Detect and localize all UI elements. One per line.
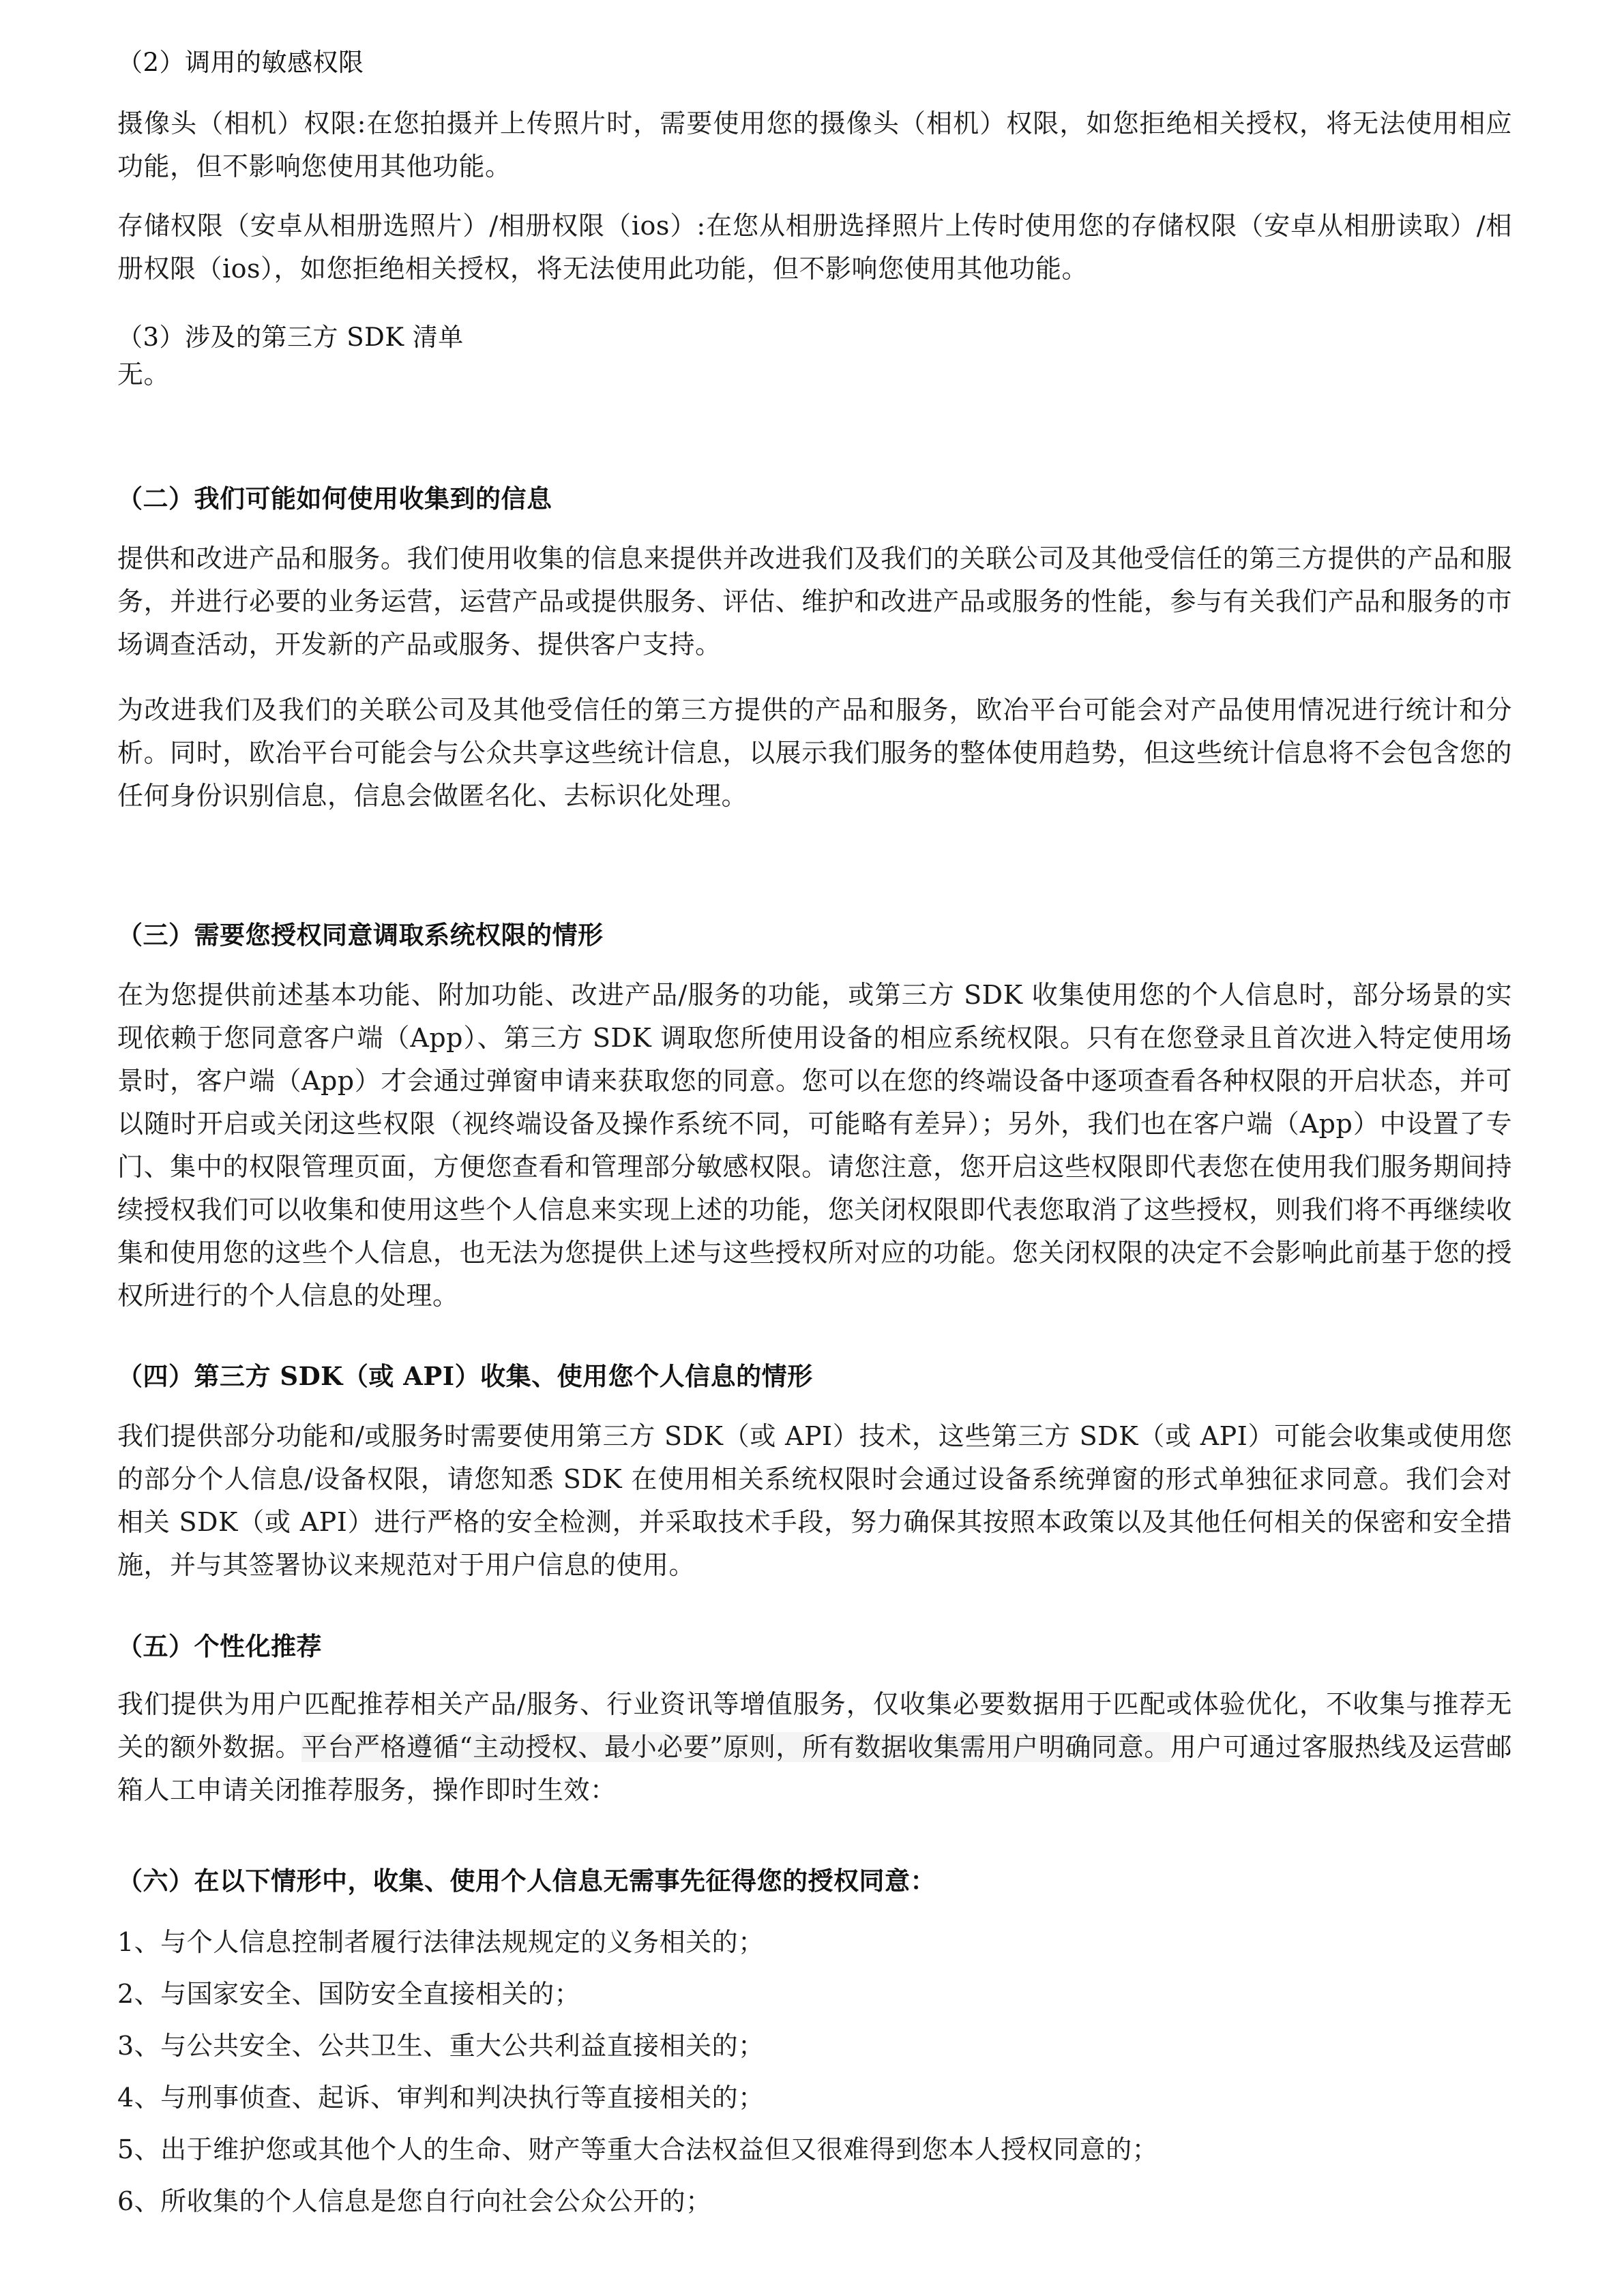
subsection-heading-third-party-sdk: （3）涉及的第三方 SDK 清单 xyxy=(117,316,1512,359)
how-we-use-paragraph-2: 为改进我们及我们的关联公司及其他受信任的第三方提供的产品和服务，欧冶平台可能会对… xyxy=(117,689,1512,818)
no-consent-list-item-4: 4、与刑事侦查、起诉、审判和判决执行等直接相关的； xyxy=(117,2076,1512,2119)
section-heading-how-we-use: （二）我们可能如何使用收集到的信息 xyxy=(117,477,1512,520)
section-heading-no-consent-required: （六）在以下情形中，收集、使用个人信息无需事先征得您的授权同意： xyxy=(117,1860,1512,1903)
section-heading-personalized-recommendation: （五）个性化推荐 xyxy=(117,1625,1512,1668)
section-heading-third-party-sdk-api: （四）第三方 SDK（或 API）收集、使用您个人信息的情形 xyxy=(117,1355,1512,1398)
personalized-recommendation-paragraph: 我们提供为用户匹配推荐相关产品/服务、行业资讯等增值服务，仅收集必要数据用于匹配… xyxy=(117,1683,1512,1812)
third-party-sdk-body: 无。 xyxy=(117,353,1512,396)
no-consent-list-item-1: 1、与个人信息控制者履行法律法规规定的义务相关的； xyxy=(117,1921,1512,1964)
system-permissions-paragraph: 在为您提供前述基本功能、附加功能、改进产品/服务的功能，或第三方 SDK 收集使… xyxy=(117,974,1512,1317)
storage-permission-paragraph: 存储权限（安卓从相册选照片）/相册权限（ios）:在您从相册选择照片上传时使用您… xyxy=(117,205,1512,290)
subsection-heading-sensitive-permissions: （2）调用的敏感权限 xyxy=(117,41,1512,84)
recommendation-highlighted-text: 平台严格遵循“主动授权、最小必要”原则，所有数据收集需用户明确同意。 xyxy=(301,1732,1170,1762)
third-party-sdk-api-paragraph: 我们提供部分功能和/或服务时需要使用第三方 SDK（或 API）技术，这些第三方… xyxy=(117,1415,1512,1587)
no-consent-list-item-3: 3、与公共安全、公共卫生、重大公共利益直接相关的； xyxy=(117,2025,1512,2068)
no-consent-list-item-6: 6、所收集的个人信息是您自行向社会公众公开的； xyxy=(117,2180,1512,2223)
no-consent-list-item-5: 5、出于维护您或其他个人的生命、财产等重大合法权益但又很难得到您本人授权同意的； xyxy=(117,2128,1512,2171)
no-consent-list-item-2: 2、与国家安全、国防安全直接相关的； xyxy=(117,1973,1512,2016)
section-heading-system-permissions: （三）需要您授权同意调取系统权限的情形 xyxy=(117,914,1512,957)
how-we-use-paragraph-1: 提供和改进产品和服务。我们使用收集的信息来提供并改进我们及我们的关联公司及其他受… xyxy=(117,537,1512,666)
camera-permission-paragraph: 摄像头（相机）权限:在您拍摄并上传照片时，需要使用您的摄像头（相机）权限，如您拒… xyxy=(117,102,1512,188)
